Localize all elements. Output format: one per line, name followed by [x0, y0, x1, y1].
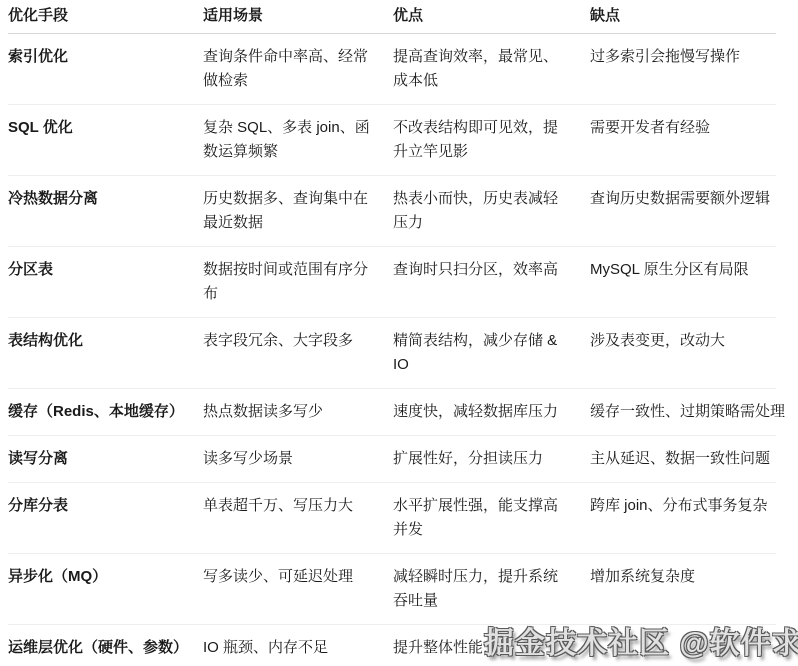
cell-method: 缓存（Redis、本地缓存）	[8, 389, 203, 436]
column-header-pros: 优点	[393, 0, 590, 34]
cell-method: 分库分表	[8, 483, 203, 554]
cell-cons: 增加系统复杂度	[590, 554, 776, 625]
cell-method: 读写分离	[8, 436, 203, 483]
cell-scenario: 读多写少场景	[203, 436, 393, 483]
cell-scenario: 数据按时间或范围有序分 布	[203, 247, 393, 318]
table-row: 读写分离读多写少场景扩展性好，分担读压力主从延迟、数据一致性问题	[8, 436, 776, 483]
cell-pros: 热表小而快，历史表减轻 压力	[393, 176, 590, 247]
table-row: 索引优化查询条件命中率高、经常 做检索提高查询效率，最常见、 成本低过多索引会拖…	[8, 34, 776, 105]
cell-cons: MySQL 原生分区有局限	[590, 247, 776, 318]
cell-method: 表结构优化	[8, 318, 203, 389]
cell-pros: 速度快，减轻数据库压力	[393, 389, 590, 436]
cell-pros: 水平扩展性强，能支撑高 并发	[393, 483, 590, 554]
table-row: 表结构优化表字段冗余、大字段多精简表结构，减少存储 & IO涉及表变更，改动大	[8, 318, 776, 389]
cell-method: 分区表	[8, 247, 203, 318]
cell-cons: 跨库 join、分布式事务复杂	[590, 483, 776, 554]
cell-scenario: 单表超千万、写压力大	[203, 483, 393, 554]
cell-scenario: 表字段冗余、大字段多	[203, 318, 393, 389]
cell-cons: 缓存一致性、过期策略需处理	[590, 389, 776, 436]
cell-scenario: 查询条件命中率高、经常 做检索	[203, 34, 393, 105]
cell-cons: 涉及表变更，改动大	[590, 318, 776, 389]
table-row: 分库分表单表超千万、写压力大水平扩展性强，能支撑高 并发跨库 join、分布式事…	[8, 483, 776, 554]
cell-method: SQL 优化	[8, 105, 203, 176]
table-row: SQL 优化复杂 SQL、多表 join、函 数运算频繁不改表结构即可见效，提 …	[8, 105, 776, 176]
table-body: 索引优化查询条件命中率高、经常 做检索提高查询效率，最常见、 成本低过多索引会拖…	[8, 34, 776, 666]
cell-method: 索引优化	[8, 34, 203, 105]
cell-cons: 需要开发者有经验	[590, 105, 776, 176]
table-header-row: 优化手段 适用场景 优点 缺点	[8, 0, 776, 34]
cell-method: 运维层优化（硬件、参数）	[8, 625, 203, 666]
table-row: 分区表数据按时间或范围有序分 布查询时只扫分区，效率高MySQL 原生分区有局限	[8, 247, 776, 318]
cell-cons: 主从延迟、数据一致性问题	[590, 436, 776, 483]
cell-method: 冷热数据分离	[8, 176, 203, 247]
column-header-method: 优化手段	[8, 0, 203, 34]
table-row: 冷热数据分离历史数据多、查询集中在 最近数据热表小而快，历史表减轻 压力查询历史…	[8, 176, 776, 247]
cell-scenario: 写多读少、可延迟处理	[203, 554, 393, 625]
cell-scenario: IO 瓶颈、内存不足	[203, 625, 393, 666]
cell-method: 异步化（MQ）	[8, 554, 203, 625]
table-row: 缓存（Redis、本地缓存）热点数据读多写少速度快，减轻数据库压力缓存一致性、过…	[8, 389, 776, 436]
cell-cons: 查询历史数据需要额外逻辑	[590, 176, 776, 247]
cell-pros: 精简表结构，减少存储 & IO	[393, 318, 590, 389]
cell-cons	[590, 625, 776, 666]
table-row: 异步化（MQ）写多读少、可延迟处理减轻瞬时压力，提升系统 吞吐量增加系统复杂度	[8, 554, 776, 625]
cell-pros: 减轻瞬时压力，提升系统 吞吐量	[393, 554, 590, 625]
cell-scenario: 历史数据多、查询集中在 最近数据	[203, 176, 393, 247]
optimization-table: 优化手段 适用场景 优点 缺点 索引优化查询条件命中率高、经常 做检索提高查询效…	[8, 0, 776, 666]
cell-pros: 提升整体性能，	[393, 625, 590, 666]
cell-scenario: 热点数据读多写少	[203, 389, 393, 436]
column-header-scenario: 适用场景	[203, 0, 393, 34]
table-row: 运维层优化（硬件、参数）IO 瓶颈、内存不足提升整体性能，	[8, 625, 776, 666]
cell-pros: 提高查询效率，最常见、 成本低	[393, 34, 590, 105]
column-header-cons: 缺点	[590, 0, 776, 34]
cell-pros: 查询时只扫分区，效率高	[393, 247, 590, 318]
cell-pros: 扩展性好，分担读压力	[393, 436, 590, 483]
cell-pros: 不改表结构即可见效，提 升立竿见影	[393, 105, 590, 176]
cell-cons: 过多索引会拖慢写操作	[590, 34, 776, 105]
cell-scenario: 复杂 SQL、多表 join、函 数运算频繁	[203, 105, 393, 176]
